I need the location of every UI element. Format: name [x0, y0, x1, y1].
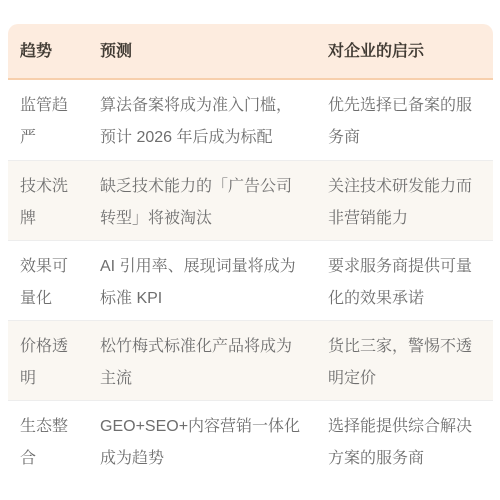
cell-trend: 生态整合: [8, 401, 88, 480]
cell-implication: 选择能提供综合解决方案的服务商: [316, 401, 493, 480]
cell-prediction: AI 引用率、展现词量将成为标准 KPI: [88, 241, 316, 320]
column-header-implication: 对企业的启示: [316, 24, 493, 78]
table-header-row: 趋势 预测 对企业的启示: [8, 24, 493, 80]
cell-implication: 要求服务商提供可量化的效果承诺: [316, 241, 493, 320]
table-row: 生态整合 GEO+SEO+内容营销一体化成为趋势 选择能提供综合解决方案的服务商: [8, 400, 493, 480]
table-row: 技术洗牌 缺乏技术能力的「广告公司转型」将被淘汰 关注技术研发能力而非营销能力: [8, 160, 493, 240]
table-row: 监管趋严 算法备案将成为准入门槛，预计 2026 年后成为标配 优先选择已备案的…: [8, 80, 493, 160]
cell-implication: 优先选择已备案的服务商: [316, 80, 493, 160]
cell-trend: 价格透明: [8, 321, 88, 400]
table-row: 价格透明 松竹梅式标准化产品将成为主流 货比三家，警惕不透明定价: [8, 320, 493, 400]
table-row: 效果可量化 AI 引用率、展现词量将成为标准 KPI 要求服务商提供可量化的效果…: [8, 240, 493, 320]
cell-implication: 货比三家，警惕不透明定价: [316, 321, 493, 400]
cell-implication: 关注技术研发能力而非营销能力: [316, 161, 493, 240]
cell-prediction: GEO+SEO+内容营销一体化成为趋势: [88, 401, 316, 480]
cell-trend: 监管趋严: [8, 80, 88, 160]
trends-forecast-table: 趋势 预测 对企业的启示 监管趋严 算法备案将成为准入门槛，预计 2026 年后…: [8, 24, 493, 480]
column-header-trend: 趋势: [8, 24, 88, 78]
column-header-prediction: 预测: [88, 24, 316, 78]
cell-trend: 技术洗牌: [8, 161, 88, 240]
cell-prediction: 缺乏技术能力的「广告公司转型」将被淘汰: [88, 161, 316, 240]
cell-prediction: 算法备案将成为准入门槛，预计 2026 年后成为标配: [88, 80, 316, 160]
cell-prediction: 松竹梅式标准化产品将成为主流: [88, 321, 316, 400]
cell-trend: 效果可量化: [8, 241, 88, 320]
